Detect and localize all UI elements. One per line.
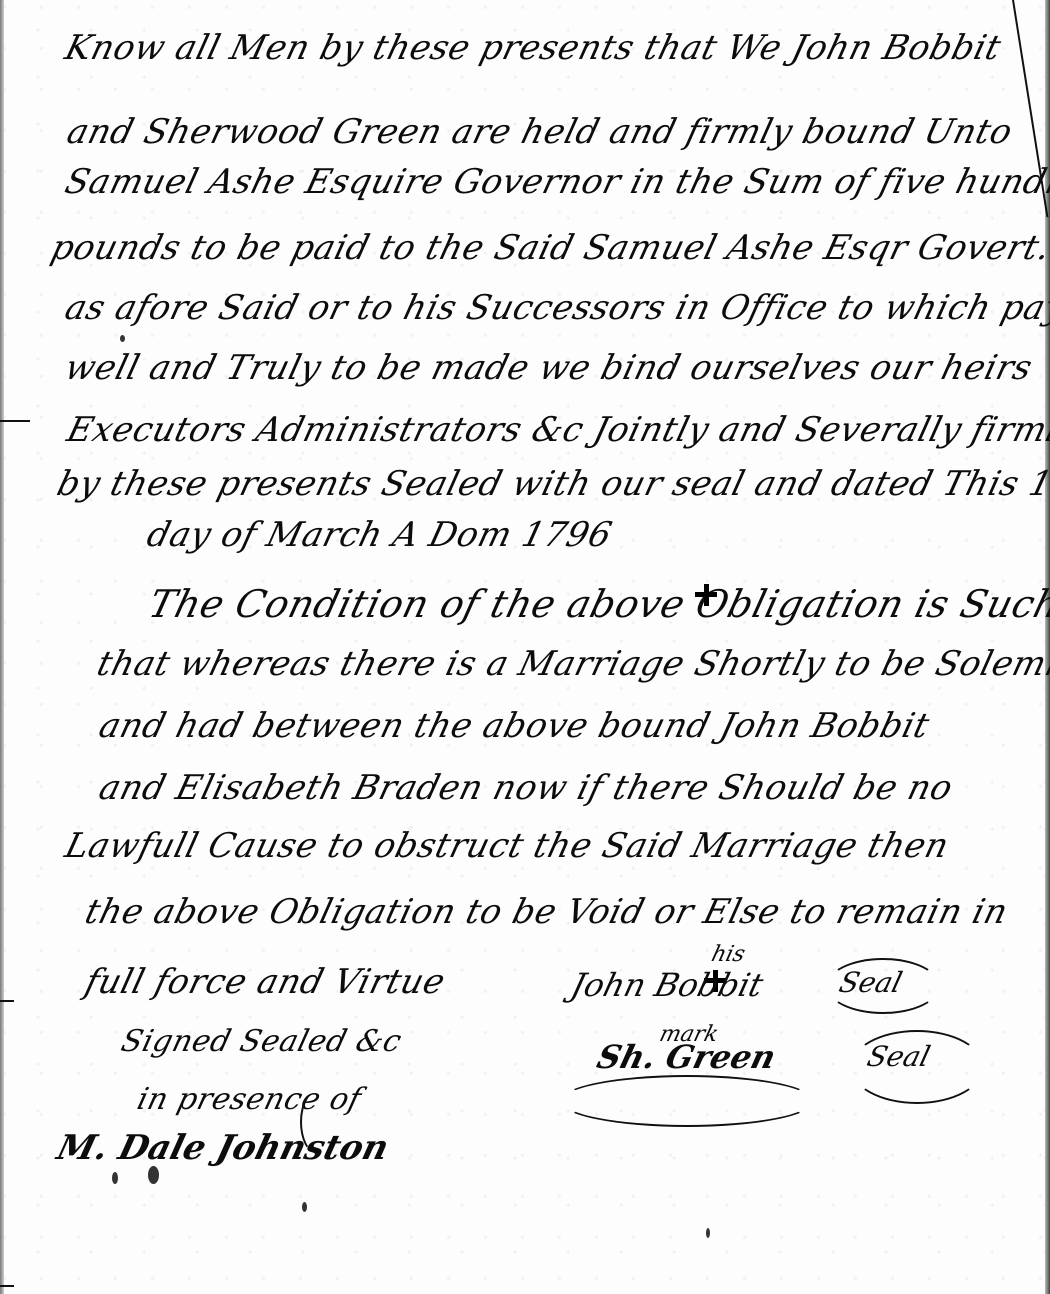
- seal-loop-2: [850, 1030, 984, 1104]
- margin-mark: [0, 1285, 14, 1287]
- signature-sherwood-green: Sh. Green: [593, 1038, 779, 1076]
- margin-mark: [0, 1000, 14, 1002]
- seal-loop-1: [826, 958, 940, 1014]
- margin-mark: [0, 420, 30, 422]
- body-line-2: and Sherwood Green are held and firmly b…: [63, 112, 1017, 152]
- his-label: his: [709, 942, 748, 967]
- condition-line-4: and Elisabeth Braden now if there Should…: [95, 768, 957, 808]
- ink-spot: [120, 335, 125, 342]
- scan-left-edge: [0, 0, 4, 1294]
- signature-john-bobbit: John Bobbit: [567, 966, 767, 1004]
- witness-signature: M. Dale Johnston: [53, 1128, 393, 1168]
- document-page: Know all Men by these presents that We J…: [0, 0, 1050, 1294]
- condition-line-7: full force and Virtue: [81, 962, 449, 1002]
- ink-spot: [706, 1228, 710, 1238]
- condition-line-5: Lawfull Cause to obstruct the Said Marri…: [61, 826, 953, 866]
- body-line-7: Executors Administrators &c Jointly and …: [63, 410, 1050, 450]
- body-line-9-date: day of March A Dom 1796: [143, 515, 616, 555]
- condition-line-1: The Condition of the above Obligation is…: [145, 582, 1050, 626]
- body-line-3: Samuel Ashe Esquire Governor in the Sum …: [61, 162, 1050, 202]
- ink-cross-mark: [695, 584, 717, 606]
- ink-spot: [112, 1172, 118, 1184]
- body-line-5: as afore Said or to his Successors in Of…: [61, 288, 1050, 328]
- body-line-1: Know all Men by these presents that We J…: [61, 28, 1005, 68]
- brace-flourish: [300, 1090, 334, 1154]
- condition-line-3: and had between the above bound John Bob…: [95, 706, 934, 746]
- condition-line-2: that whereas there is a Marriage Shortly…: [93, 644, 1050, 684]
- body-line-8: by these presents Sealed with our seal a…: [53, 464, 1050, 504]
- ink-spot: [302, 1202, 307, 1212]
- body-line-4: pounds to be paid to the Said Samuel Ash…: [47, 228, 1050, 268]
- signature-flourish: [560, 1075, 814, 1127]
- attestation-signed-sealed: Signed Sealed &c: [118, 1024, 406, 1059]
- body-line-6: well and Truly to be made we bind oursel…: [61, 348, 1036, 388]
- condition-line-6: the above Obligation to be Void or Else …: [81, 892, 1012, 932]
- ink-spot: [148, 1166, 159, 1184]
